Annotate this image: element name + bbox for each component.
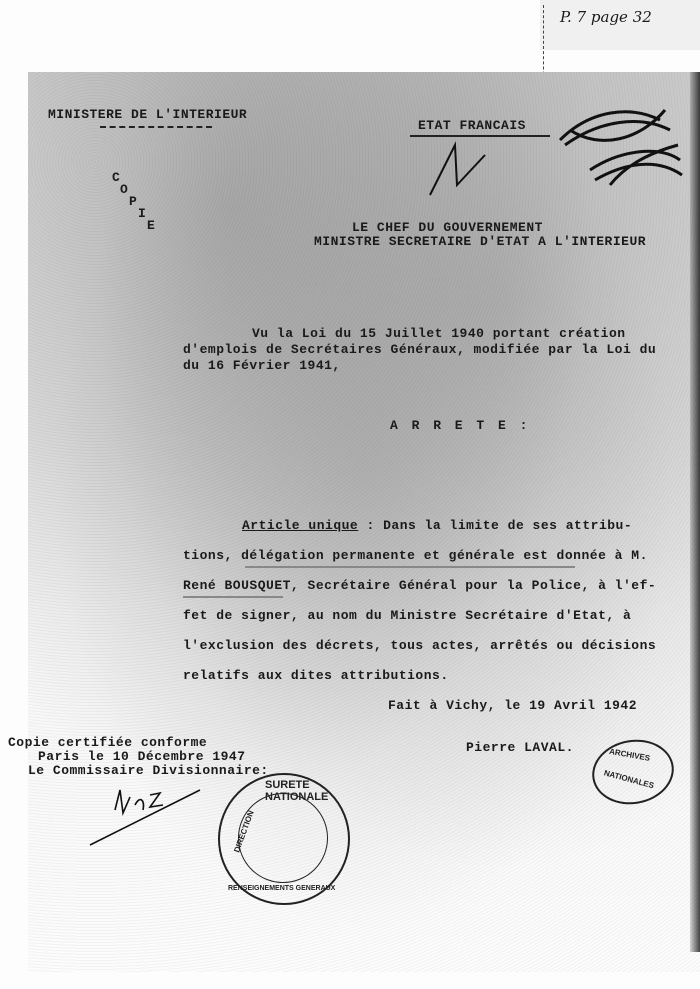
ministry-underline — [100, 126, 212, 128]
ministry-title: MINISTERE DE L'INTERIEUR — [48, 107, 247, 122]
preamble-line-1: Vu la Loi du 15 Juillet 1940 portant cré… — [252, 326, 626, 341]
certification-line-3: Le Commissaire Divisionnaire: — [28, 763, 269, 778]
document-page: P. 7 page 32 MINISTERE DE L'INTERIEUR ET… — [0, 0, 700, 989]
scribble-mark — [550, 100, 690, 190]
surete-nationale-stamp: SURETE NATIONALE DIRECTION RENSEIGNEMENT… — [218, 773, 350, 905]
copy-letter: E — [147, 218, 155, 233]
commissaire-signature — [85, 785, 205, 850]
article-line-2: tions, délégation permanente et générale… — [183, 548, 648, 563]
article-line-5: l'exclusion des décrets, tous actes, arr… — [183, 638, 656, 653]
stamp-inner-ring — [238, 793, 328, 883]
initial-mark — [425, 140, 495, 200]
copy-letter: C — [112, 170, 120, 185]
archives-line-1: ARCHIVES — [608, 747, 650, 763]
copy-letter: O — [120, 182, 128, 197]
article-line-1: Article unique : Dans la limite de ses a… — [242, 518, 632, 533]
office-line-2: MINISTRE SECRETAIRE D'ETAT A L'INTERIEUR — [314, 234, 646, 249]
article-line-3: René BOUSQUET, Secrétaire Général pour l… — [183, 578, 656, 593]
certification-line-1: Copie certifiée conforme — [8, 735, 207, 750]
signatory: Pierre LAVAL. — [466, 740, 574, 755]
name-underline — [183, 596, 283, 598]
decree-word: A R R E T E : — [390, 418, 530, 433]
article-line-6: relatifs aux dites attributions. — [183, 668, 449, 683]
archives-line-2: NATIONALES — [603, 768, 655, 790]
certification-line-2: Paris le 10 Décembre 1947 — [38, 749, 246, 764]
copy-letter: I — [138, 206, 146, 221]
place-date: Fait à Vichy, le 19 Avril 1942 — [388, 698, 637, 713]
article-heading: Article unique — [242, 518, 358, 533]
article-line-4: fet de signer, au nom du Ministre Secrét… — [183, 608, 631, 623]
archive-label-area: P. 7 page 32 — [540, 0, 700, 50]
stamp-text-bottom: RENSEIGNEMENTS GENERAUX — [228, 885, 335, 892]
state-title: ETAT FRANCAIS — [418, 118, 526, 133]
office-line-1: LE CHEF DU GOUVERNEMENT — [352, 220, 543, 235]
article-line-1-text: : Dans la limite de ses attribu- — [358, 518, 632, 533]
highlight-underline — [245, 566, 575, 568]
archive-note: P. 7 page 32 — [560, 8, 652, 26]
copy-letter: P — [129, 194, 137, 209]
state-underline — [410, 135, 550, 137]
preamble-line-2: d'emplois de Secrétaires Généraux, modif… — [183, 342, 656, 357]
stamp-text-top: SURETE NATIONALE — [265, 779, 348, 803]
preamble-line-3: du 16 Février 1941, — [183, 358, 341, 373]
sheet-edge-shadow — [690, 72, 700, 952]
